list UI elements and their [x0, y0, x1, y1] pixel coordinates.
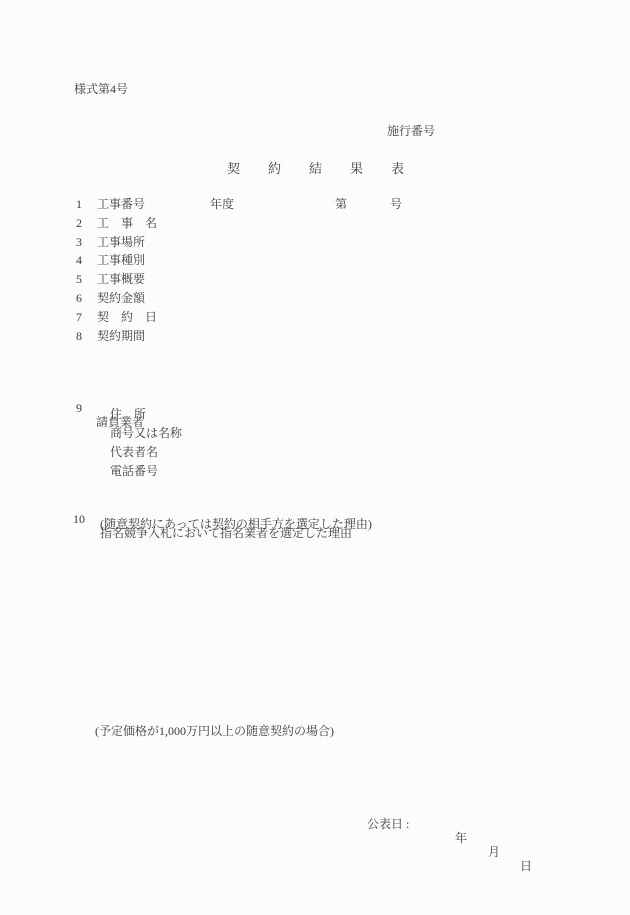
item-label: 工事概要 — [97, 270, 145, 289]
form-item-row-construction-outline: 5 工事概要 — [0, 270, 630, 289]
publication-date-label: 公表日 : — [367, 817, 409, 831]
item-label: 工事場所 — [97, 233, 145, 252]
item-number: 4 — [76, 251, 82, 270]
item-label: 工 事 名 — [97, 214, 157, 233]
form-items-list: 1 工事番号 年度 第 号 2 工 事 名 3 工事場所 4 工事種別 5 工事… — [0, 195, 630, 345]
form-item-row-construction-type: 4 工事種別 — [0, 251, 630, 270]
contractor-representative-label: 代表者名 — [110, 443, 182, 462]
contract-result-form-page: 様式第4号 施行番号 契約結果表 1 工事番号 年度 第 号 2 工 事 名 3… — [0, 0, 630, 915]
number-suffix-label: 号 — [390, 195, 402, 214]
execution-number-label: 施行番号 — [387, 124, 435, 138]
item-number: 9 — [76, 401, 82, 415]
day-label: 日 — [520, 859, 532, 873]
item-number: 5 — [76, 270, 82, 289]
item-number: 8 — [76, 327, 82, 346]
item-number: 3 — [76, 233, 82, 252]
selection-reason-subtext: (随意契約にあっては契約の相手方を選定した理由) — [100, 517, 372, 531]
form-item-row-construction-name: 2 工 事 名 — [0, 214, 630, 233]
contractor-phone-label: 電話番号 — [110, 462, 182, 481]
document-title: 契約結果表 — [227, 161, 432, 176]
contractor-trade-name-label: 商号又は名称 — [110, 424, 182, 443]
item-label: 契 約 日 — [97, 308, 157, 327]
form-item-row-construction-number: 1 工事番号 年度 第 号 — [0, 195, 630, 214]
item-number: 6 — [76, 289, 82, 308]
form-number-label: 様式第4号 — [74, 82, 128, 96]
fiscal-year-label: 年度 — [210, 195, 234, 214]
form-item-row-construction-site: 3 工事場所 — [0, 233, 630, 252]
item-number: 1 — [76, 195, 82, 214]
item-label: 工事番号 — [97, 195, 145, 214]
item-label: 契約金額 — [97, 289, 145, 308]
item-label: 工事種別 — [97, 251, 145, 270]
item-number: 2 — [76, 214, 82, 233]
contractor-address-label: 住 所 — [110, 405, 182, 424]
month-label: 月 — [488, 845, 500, 859]
contractor-details-list: 住 所 商号又は名称 代表者名 電話番号 — [110, 405, 182, 481]
form-item-row-contract-amount: 6 契約金額 — [0, 289, 630, 308]
contractor-section-heading: 9 請負業者 — [0, 387, 630, 401]
form-item-row-contract-period: 8 契約期間 — [0, 327, 630, 346]
number-prefix-label: 第 — [335, 195, 347, 214]
item-number: 7 — [76, 308, 82, 327]
form-item-row-contract-date: 7 契 約 日 — [0, 308, 630, 327]
year-label: 年 — [455, 831, 467, 845]
item-number: 10 — [73, 512, 85, 526]
publication-date-line: 公表日 : 年 月 日 — [0, 803, 630, 817]
item-label: 契約期間 — [97, 327, 145, 346]
negotiated-contract-note: (予定価格が1,000万円以上の随意契約の場合) — [95, 724, 334, 738]
